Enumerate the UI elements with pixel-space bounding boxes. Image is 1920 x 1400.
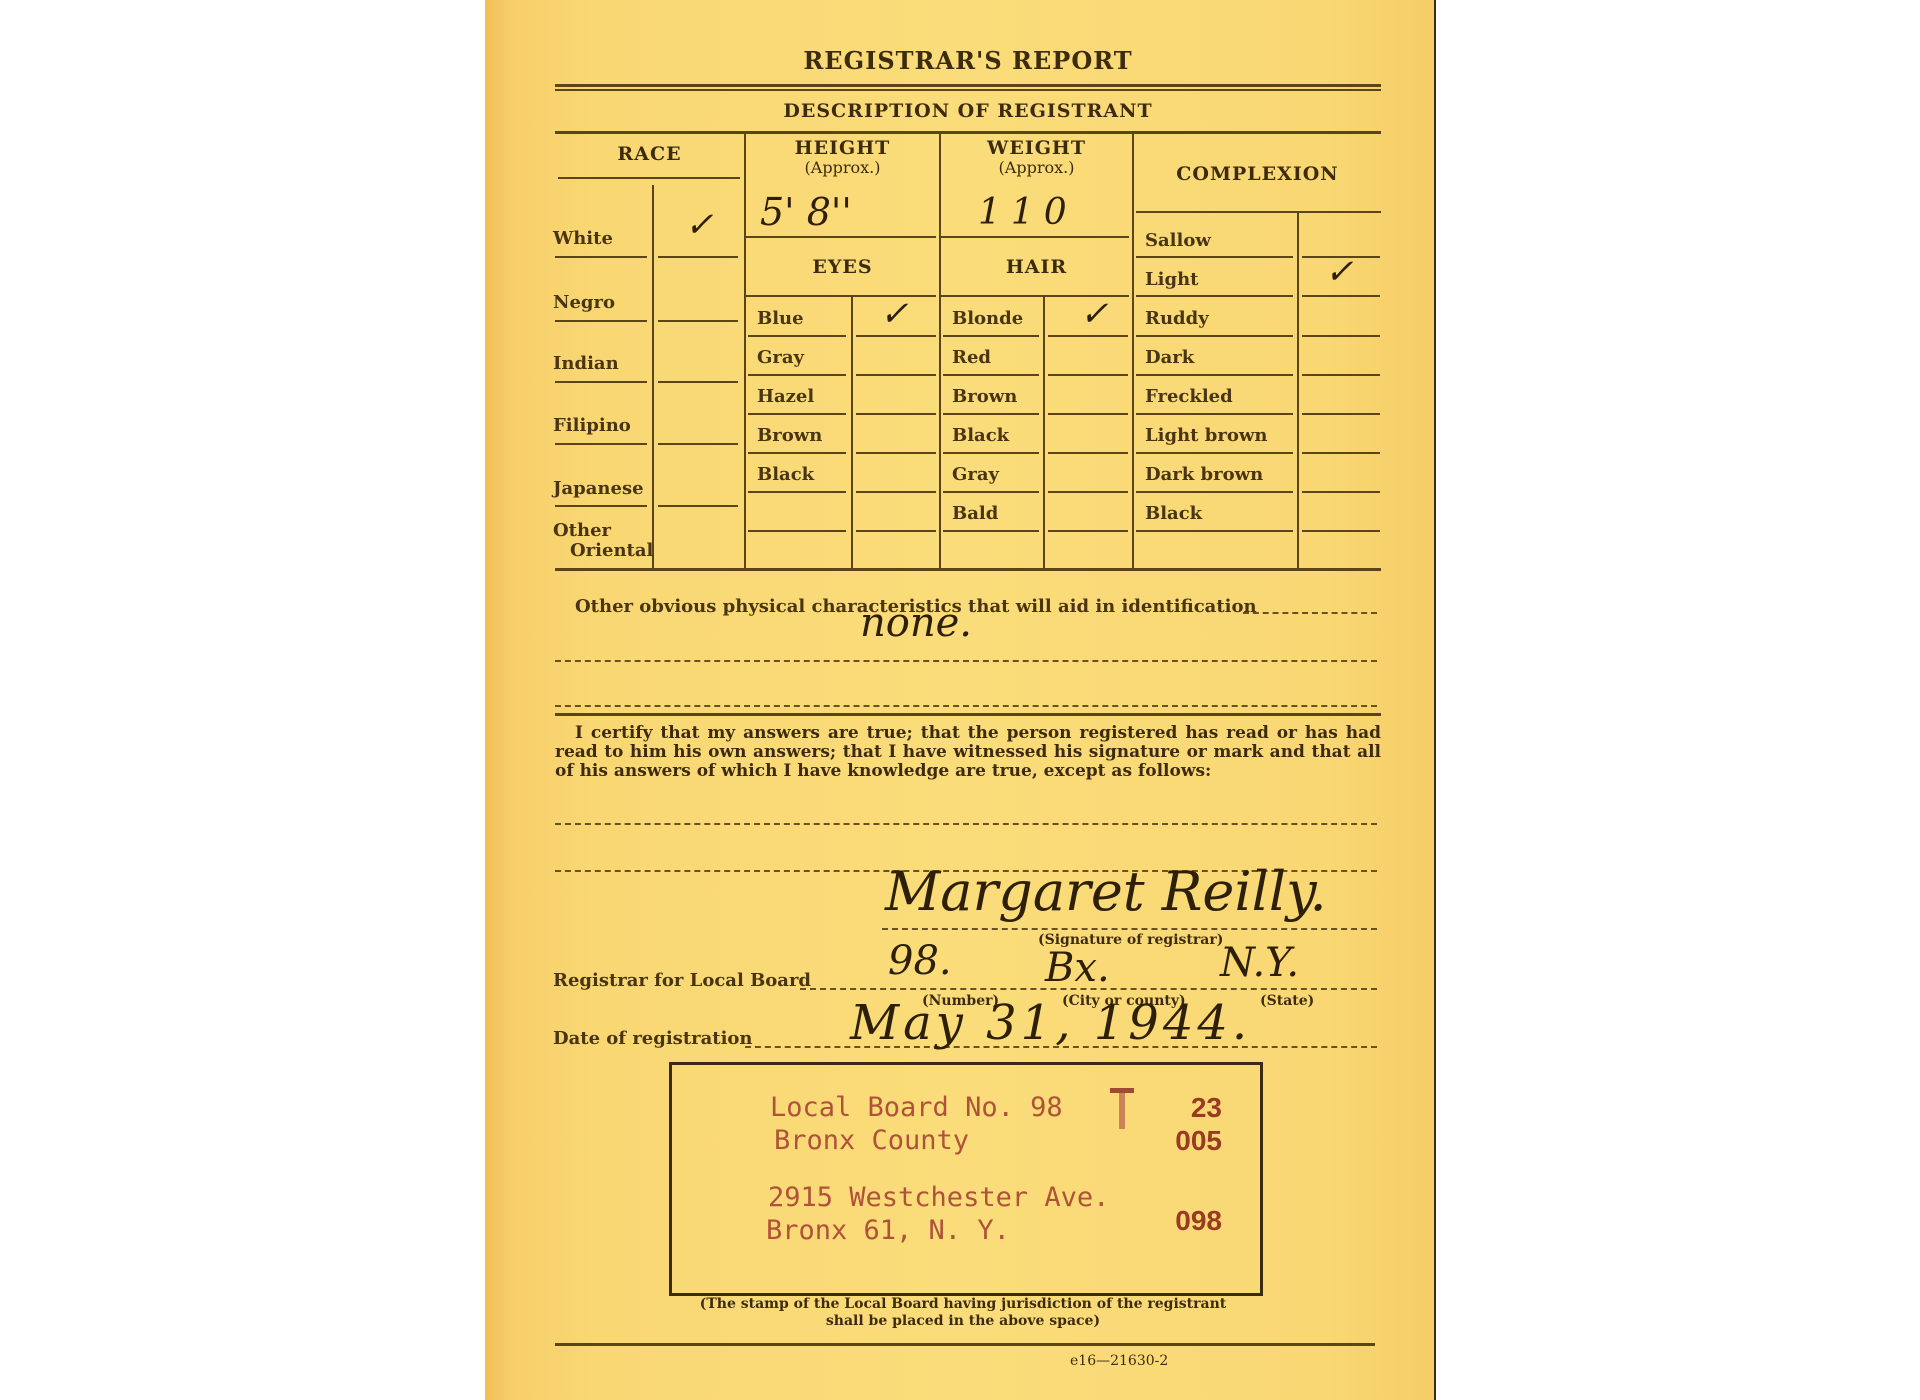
race-header: RACE [555,143,744,165]
race-white-checkmark[interactable]: ✓ [685,205,714,245]
race-rule [658,256,738,258]
local-board-state[interactable]: N.Y. [1220,940,1299,986]
footer-rule [555,1343,1375,1346]
eyes-check-column [851,297,853,568]
eyes-option-gray: Gray [757,347,804,368]
stamp-caption-line-1: (The stamp of the Local Board having jur… [669,1296,1257,1313]
col-divider-weight-complexion [1132,133,1134,569]
state-caption: (State) [1260,993,1314,1009]
registrar-signature[interactable]: Margaret Reilly. [885,860,1327,923]
eyes-header: EYES [746,256,939,278]
race-rule [658,505,738,507]
local-board-city[interactable]: Bx. [1045,945,1110,991]
race-option-other-line2: Oriental [570,540,653,561]
eyes-option-hazel: Hazel [757,386,814,407]
date-of-registration-value[interactable]: May 31, 1944. [850,995,1251,1051]
certification-text: I certify that my answers are true; that… [555,724,1381,781]
complexion-rule [1136,295,1293,297]
hair-option-blonde: Blonde [952,308,1023,329]
local-board-label: Registrar for Local Board [553,970,811,991]
hair-rule [1048,374,1128,376]
eyes-rule [748,413,846,415]
race-rule [658,443,738,445]
form-number: e16—21630-2 [1070,1353,1168,1369]
complexion-rule [1136,530,1293,532]
eyes-rule [748,530,846,532]
stamp-line-4: Bronx 61, N. Y. [766,1215,1010,1246]
exceptions-line-1 [555,823,1377,825]
hair-rule [943,335,1039,337]
col-divider-race-height [744,133,746,569]
race-header-rule [558,177,740,179]
race-rule [555,381,647,383]
eyes-rule [748,452,846,454]
complexion-option-sallow: Sallow [1145,230,1211,251]
complexion-option-dark: Dark [1145,347,1194,368]
hair-rule [1048,491,1128,493]
hair-option-brown: Brown [952,386,1017,407]
complexion-rule [1302,374,1380,376]
complexion-check-column [1297,213,1299,568]
race-rule [555,505,647,507]
complexion-option-freckled: Freckled [1145,386,1233,407]
weight-sub: (Approx.) [941,158,1132,177]
weight-value[interactable]: 110 [978,192,1077,233]
hair-rule [943,452,1039,454]
certification-rule [555,713,1381,716]
other-characteristics-line-2 [555,660,1377,662]
hair-rule [943,491,1039,493]
eyes-rule [856,374,936,376]
eyes-blue-checkmark[interactable]: ✓ [880,294,909,334]
height-value-rule [746,236,936,238]
hair-rule [1048,335,1128,337]
form-title: REGISTRAR'S REPORT [555,46,1381,75]
complexion-option-dark-brown: Dark brown [1145,464,1263,485]
hair-option-bald: Bald [952,503,998,524]
race-rule [555,443,647,445]
complexion-header: COMPLEXION [1134,163,1381,185]
stamp-code-3: 098 [1150,1205,1222,1237]
eyes-rule [748,491,846,493]
eyes-rule [856,335,936,337]
race-check-column [652,185,654,568]
eyes-option-black: Black [757,464,814,485]
hair-rule [943,374,1039,376]
hair-rule [1048,452,1128,454]
hair-blonde-checkmark[interactable]: ✓ [1080,294,1109,334]
section-title: DESCRIPTION OF REGISTRANT [555,100,1381,122]
table-bottom-rule [555,568,1381,571]
complexion-option-light-brown: Light brown [1145,425,1267,446]
race-rule [555,320,647,322]
eyes-rule [748,374,846,376]
hair-rule [1048,413,1128,415]
race-option-japanese: Japanese [553,478,644,499]
eyes-rule [856,491,936,493]
race-option-other-line1: Other [553,520,611,541]
stamp-code-1: 23 [1150,1092,1222,1124]
complexion-option-light: Light [1145,269,1198,290]
complexion-rule [1136,256,1293,258]
local-board-number[interactable]: 98. [888,938,952,984]
complexion-rule [1136,452,1293,454]
eyes-rule [856,530,936,532]
title-rule-2 [555,89,1381,91]
eyes-option-brown: Brown [757,425,822,446]
complexion-rule [1302,491,1380,493]
complexion-option-black: Black [1145,503,1202,524]
stamp-caption-line-2: shall be placed in the above space) [669,1313,1257,1329]
complexion-rule [1136,335,1293,337]
complexion-header-rule [1136,211,1381,213]
stamp-line-3: 2915 Westchester Ave. [768,1182,1109,1213]
race-option-white: White [553,228,613,249]
stamp-t-mark-icon [1110,1088,1130,1132]
height-value[interactable]: 5' 8'' [760,190,852,234]
stamp-line-1: Local Board No. 98 [770,1092,1063,1123]
complexion-rule [1136,374,1293,376]
title-rule [555,84,1381,87]
hair-rule [943,413,1039,415]
complexion-rule [1302,452,1380,454]
hair-option-gray: Gray [952,464,999,485]
hair-header: HAIR [941,256,1132,278]
date-of-registration-label: Date of registration [553,1028,753,1049]
height-header: HEIGHT [746,137,939,159]
hair-check-column [1043,297,1045,568]
hair-option-red: Red [952,347,991,368]
weight-value-rule [941,236,1129,238]
race-option-negro: Negro [553,292,615,313]
race-option-filipino: Filipino [553,415,631,436]
weight-header: WEIGHT [941,137,1132,159]
hair-rule [943,530,1039,532]
table-top-rule [555,131,1381,134]
other-characteristics-line-3 [555,705,1377,707]
complexion-rule [1302,413,1380,415]
eyes-rule [748,335,846,337]
other-characteristics-value[interactable]: none. [860,600,972,646]
hair-option-black: Black [952,425,1009,446]
eyes-rule [856,413,936,415]
complexion-rule [1302,295,1380,297]
race-option-indian: Indian [553,353,619,374]
col-divider-height-weight [939,133,941,569]
complexion-rule [1302,335,1380,337]
complexion-option-ruddy: Ruddy [1145,308,1209,329]
eyes-option-blue: Blue [757,308,804,329]
hair-rule [1048,530,1128,532]
height-sub: (Approx.) [746,158,939,177]
complexion-light-checkmark[interactable]: ✓ [1325,252,1354,292]
complexion-rule [1136,491,1293,493]
race-rule [658,381,738,383]
signature-line [882,928,1377,930]
complexion-rule [1302,530,1380,532]
stamp-code-2: 005 [1150,1125,1222,1157]
complexion-rule [1136,413,1293,415]
eyes-rule [856,452,936,454]
stamp-line-2: Bronx County [774,1125,969,1156]
race-rule [658,320,738,322]
race-rule [555,256,647,258]
other-characteristics-line [1243,612,1377,614]
